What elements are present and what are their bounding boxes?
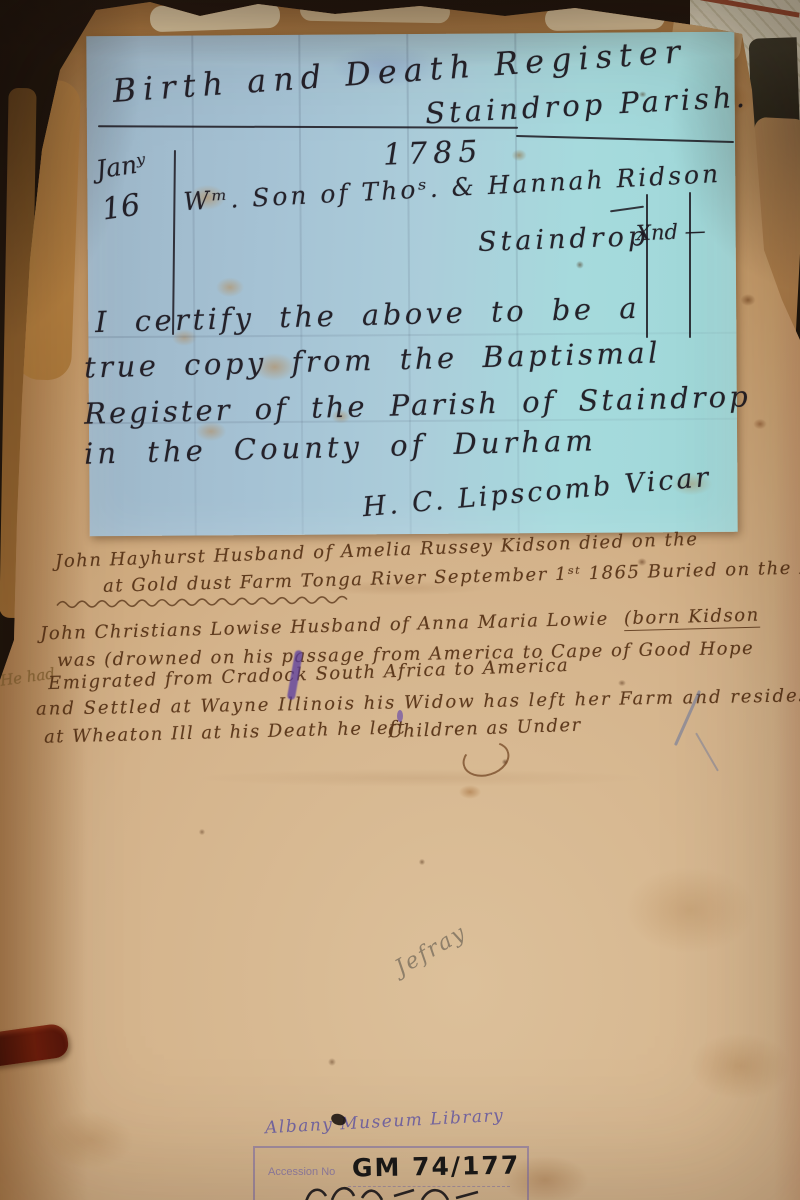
register-page: Birth and Death Register Staindrop Paris… xyxy=(0,0,800,1200)
pencil-scribble: Jefray xyxy=(391,920,471,981)
year: 1785 xyxy=(382,134,484,172)
accession-number: GM 74/177 xyxy=(352,1151,521,1183)
squiggle-underline xyxy=(55,593,355,610)
torn-edge-piece xyxy=(545,5,665,31)
torn-edge-piece xyxy=(300,0,450,23)
grid-line-right-2 xyxy=(689,192,691,338)
library-stamp: Albany Museum Library xyxy=(265,1106,505,1139)
annotation-line-7: at Wheaton Ill at his Death he left xyxy=(44,717,406,747)
entry-day: 16 xyxy=(100,188,143,228)
entry-note: Xnd — xyxy=(636,219,706,245)
torn-edge-piece xyxy=(150,2,281,33)
annotation-line-3: John Christians Lowise Husband of Anna M… xyxy=(40,605,760,645)
photo-of-register-page: Birth and Death Register Staindrop Paris… xyxy=(0,0,800,1200)
grid-line-right-1 xyxy=(646,194,648,338)
shelf-number-scrawl xyxy=(302,1186,502,1200)
entry-place: Staindrop xyxy=(478,221,650,258)
blue-pen-scratch xyxy=(695,732,719,771)
born-kidson-underlined: (born Kidson xyxy=(624,605,760,632)
ink-flourish-loop xyxy=(458,735,514,782)
annotation-line-7-suffix: Children as Under xyxy=(388,715,582,743)
annotation-line-3-text: John Christians Lowise Husband of Anna M… xyxy=(40,609,609,645)
purple-ink-dot xyxy=(397,710,403,722)
accession-label: Accession No xyxy=(268,1166,335,1178)
